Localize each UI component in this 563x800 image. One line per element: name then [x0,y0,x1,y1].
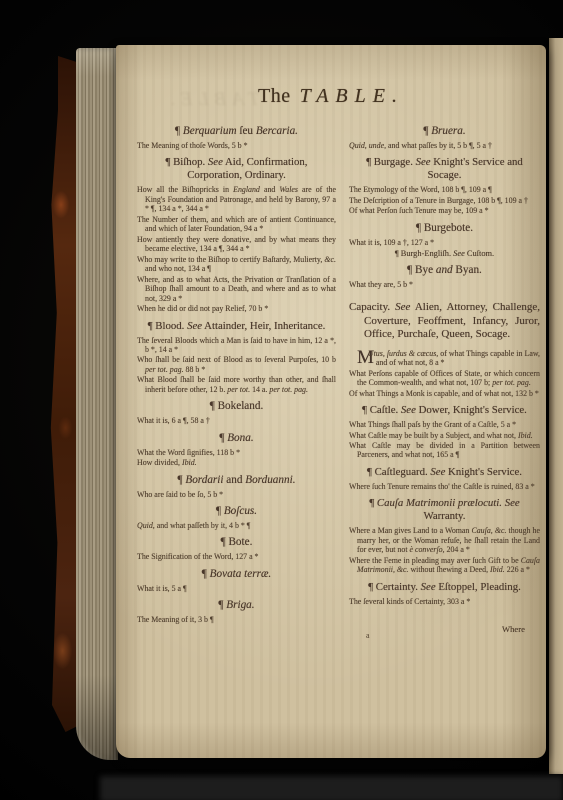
index-section-heading: ¶ Bye and Byan. [349,264,540,277]
index-section-heading: ¶ Burgebote. [349,222,540,235]
index-text: Cauſa, &c. [471,526,506,535]
index-reference-line: The ſeveral kinds of Certainty, 303 a * [349,597,540,606]
index-text: ¶ [423,125,431,137]
index-section-heading: ¶ Bovata terræ. [137,568,336,581]
index-reference-line: Of what Perſon ſuch Tenure may be, 109 a… [349,206,540,215]
index-reference-line: Of what Things a Monk is capable, and of… [349,389,540,398]
index-reference-line: Who ſhall be ſaid next of Blood as to ſe… [137,355,336,374]
index-text: What Caſtle may be built by a Subject, a… [349,431,518,440]
index-text: See [430,466,445,478]
index-cross-reference: ¶ Cauſa Matrimonii prælocuti. See Warran… [355,497,534,523]
index-reference-line: The Etymology of the Word, 108 b ¶, 109 … [349,185,540,194]
index-text: The Meaning of it, 3 b ¶ [137,615,214,624]
index-reference-line: Quid, and what paſſeth by it, 4 b * ¶ [137,521,336,530]
index-text: 204 a * [445,545,470,554]
index-text: Where the Feme in pleading may aver ſuch… [349,556,521,565]
index-reference-line: Quid, unde, and what paſſes by it, 5 b ¶… [349,141,540,150]
index-text: What it is, 6 a ¶, 58 a † [137,416,210,425]
facing-page-edge [549,38,563,774]
index-text: Eſtoppel, Pleading. [436,581,521,593]
index-text: What it is, 5 a ¶ [137,584,187,593]
index-column-right: ¶ Bruera.Quid, unde, and what paſſes by … [349,119,540,625]
index-text: What Caſtle may be divided in a Partitio… [349,441,540,459]
index-text: Bona. [227,432,253,444]
running-title-word: TABLE. [300,85,404,107]
index-reference-line: The Signification of the Word, 127 a * [137,552,336,561]
index-reference-line: What it is, 5 a ¶ [137,584,336,593]
index-reference-line: What Perſons capable of Offices of State… [349,369,540,388]
index-text: Boſcus. [224,505,257,517]
index-text: How antiently they were donative, and by… [137,235,336,253]
index-text: See [505,497,520,509]
index-text: See [416,156,431,168]
index-text: 14 a. [250,385,269,394]
index-section-heading: ¶ Briga. [137,599,336,612]
index-text: The Etymology of the Word, 108 b ¶, 109 … [349,185,492,194]
index-text: ¶ Bote. [221,536,253,548]
index-text: Dower, Knight's Service. [416,404,527,416]
index-text: What they are, 5 b * [349,280,413,289]
index-text: See [208,156,223,168]
book-page: TABLE. TheTABLE. ¶ Berquarium ſeu Bercar… [116,45,546,758]
index-reference-line: What the Word ſignifies, 118 b * [137,448,336,457]
index-reference-line: How divided, Ibid. [137,458,336,467]
index-text: The Deſcription of a Tenure in Burgage, … [349,196,528,205]
index-text: Cauſa Matrimonii prælocuti. [377,497,502,509]
index-text: Of what Perſon ſuch Tenure may be, 109 a… [349,206,489,215]
index-cross-reference: ¶ Caſtleguard. See Knight's Service. [355,466,534,479]
index-text: Bovata terræ. [210,568,272,580]
index-reference-line: What Things ſhall paſs by the Grant of a… [349,420,540,429]
index-text: per tot. [227,385,250,394]
index-reference-line: Where the Feme in pleading may aver ſuch… [349,556,540,575]
index-text: and [436,264,453,276]
index-reference-line: Where a Man gives Land to a Woman Cauſa,… [349,526,540,554]
index-reference-line: What they are, 5 b * [349,280,540,289]
index-text: ¶ Burgage. [366,156,415,168]
index-text: ¶ [369,497,377,509]
index-text: and who not, 134 a ¶ [145,264,211,273]
index-text: The ſeveral Bloods which a Man is ſaid t… [137,336,336,354]
index-section-heading: ¶ Bruera. [349,125,540,138]
index-reference-line: How all the Biſhopricks in England and W… [137,185,336,213]
catchword: Where [502,624,525,634]
index-text: ¶ Caſtleguard. [367,466,430,478]
index-text: ¶ Bye [407,264,436,276]
index-reference-line: The Number of them, and which are of ant… [137,215,336,234]
index-reference-line: What it is, 109 a †, 127 a * [349,238,540,247]
index-text: Bruera. [431,125,466,137]
index-column-left: ¶ Berquarium ſeu Bercaria.The Meaning of… [137,119,336,625]
index-text: Bercaria. [256,125,298,137]
index-text: Ibid. [490,565,505,574]
index-text: ¶ [202,568,210,580]
index-text: and [224,474,246,486]
index-text: Knight's Service and Socage. [428,156,523,181]
index-text: 226 a * [505,565,530,574]
index-text: The Number of them, and which are of ant… [137,215,336,233]
index-cross-reference: ¶ Caſtle. See Dower, Knight's Service. [355,404,534,417]
index-reference-line: What Caſtle may be divided in a Partitio… [349,441,540,460]
index-text: Ibid. [182,458,197,467]
index-reference-line: The Meaning of thoſe Words, 5 b * [137,141,336,150]
index-text: When he did or did not pay Relief, 70 b … [137,304,268,313]
index-reference-line: Where ſuch Tenure remains tho' the Caſtl… [349,482,540,491]
index-text: Byan. [453,264,482,276]
index-text: How divided, [137,458,182,467]
running-title-prefix: The [258,85,291,107]
book-photo-scene: TABLE. TheTABLE. ¶ Berquarium ſeu Bercar… [0,0,563,800]
index-text: per tot. pag. [145,365,184,374]
index-text: ¶ [216,505,224,517]
index-reference-line: The Deſcription of a Tenure in Burgage, … [349,196,540,205]
index-text: See [453,249,465,258]
index-reference-line: ¶ Burgh-Engliſh. See Cuſtom. [349,249,540,258]
index-text: ¶ Burgebote. [416,222,473,234]
index-text: and what paſſes by it, 5 b ¶, 5 a † [386,141,492,150]
index-text: What it is, 109 a †, 127 a * [349,238,434,247]
index-text: ¶ Biſhop. [166,156,208,168]
index-section-heading: ¶ Bokeland. [137,400,336,413]
index-text: The Meaning of thoſe Words, 5 b * [137,141,248,150]
index-text: Berquarium [183,125,237,137]
table-shadow [100,776,563,800]
index-text: 88 b * [184,365,206,374]
index-reference-line: What Blood ſhall be ſaid more worthy tha… [137,375,336,394]
signature-mark: a [366,631,370,640]
index-reference-line: The Meaning of it, 3 b ¶ [137,615,336,624]
index-text: Where a Man gives Land to a Woman [349,526,471,535]
index-reference-line: How antiently they were donative, and by… [137,235,336,254]
index-reference-line: What Caſtle may be built by a Subject, a… [349,431,540,440]
index-text: ¶ Bokeland. [210,400,264,412]
index-text: per tot. pag. [492,378,531,387]
index-text: &c. [324,255,336,264]
index-text: Quid, [137,521,155,530]
index-text: Of what Things a Monk is capable, and of… [349,389,539,398]
index-reference-line: Where, and as to what Acts, the Privatio… [137,275,336,303]
index-cross-reference: ¶ Certainty. See Eſtoppel, Pleading. [355,581,534,594]
index-reference-line: The ſeveral Bloods which a Man is ſaid t… [137,336,336,355]
index-reference-line: What it is, 6 a ¶, 58 a † [137,416,336,425]
index-text: See [401,404,416,416]
index-text: Who are ſaid to be ſo, 5 b * [137,490,223,499]
index-text: England [233,185,260,194]
index-text: Where, and as to what Acts, the Privatio… [137,275,336,303]
index-text: The ſeveral kinds of Certainty, 303 a * [349,597,470,606]
index-text: Who ſhall be ſaid next of Blood as to ſe… [137,355,336,364]
page-edge-stack [76,48,118,760]
running-title: TheTABLE. [116,85,546,108]
index-section-heading: ¶ Boſcus. [137,505,336,518]
index-text: Attainder, Heir, Inheritance. [202,320,325,332]
index-text: What Things ſhall paſs by the Grant of a… [349,420,516,429]
index-cross-reference: ¶ Biſhop. See Aid, Confirmation, Corpora… [143,156,330,182]
index-text: Knight's Service. [445,466,522,478]
index-text: and what paſſeth by it, 4 b * ¶ [155,521,251,530]
index-text: ¶ Caſtle. [362,404,401,416]
index-text: See [187,320,202,332]
index-reference-line: Who may write to the Biſhop to certify B… [137,255,336,274]
index-text: How all the Biſhopricks in [137,185,233,194]
index-text: Utus, ſurdus & cæcus, [368,349,438,358]
index-cross-reference: ¶ Blood. See Attainder, Heir, Inheritanc… [143,320,330,333]
index-text: and [260,185,280,194]
index-text: Briga. [226,599,254,611]
index-letter-heading: Capacity. See Alien, Attorney, Challenge… [349,301,540,341]
index-text: Bordarii [185,474,223,486]
index-cross-reference: ¶ Burgage. See Knight's Service and Soca… [355,156,534,182]
index-text: Borduanni. [245,474,295,486]
index-text: See [421,581,436,593]
book-spine [49,56,79,732]
index-text: Quid, unde, [349,141,386,150]
index-text: Warranty. [424,510,466,522]
index-text: Wales [279,185,298,194]
index-text: Where ſuch Tenure remains tho' the Caſtl… [349,482,535,491]
index-text: Capacity. [349,301,395,313]
index-text: Cuſtom. [465,249,494,258]
index-text: The Signification of the Word, 127 a * [137,552,259,561]
index-section-heading: ¶ Bona. [137,432,336,445]
index-text: See [395,301,410,313]
index-reference-line: Who are ſaid to be ſo, 5 b * [137,490,336,499]
index-text: ¶ [175,125,183,137]
index-text: What the Word ſignifies, 118 b * [137,448,240,457]
index-section-heading: ¶ Bote. [137,536,336,549]
index-columns: ¶ Berquarium ſeu Bercaria.The Meaning of… [137,119,540,625]
index-text: without ſhewing a Deed, [409,565,491,574]
index-text: ſeu [237,125,256,137]
index-text: ¶ Blood. [148,320,187,332]
index-text: ¶ Certainty. [368,581,420,593]
index-section-heading: ¶ Bordarii and Borduanni. [137,474,336,487]
index-section-heading: ¶ Berquarium ſeu Bercaria. [137,125,336,138]
index-reference-line: MUtus, ſurdus & cæcus, of what Things ca… [349,349,540,368]
index-reference-line: When he did or did not pay Relief, 70 b … [137,304,336,313]
index-text: è converſo, [410,545,445,554]
index-text: ¶ Burgh-Engliſh. [395,249,453,258]
index-text: Ibid. [518,431,533,440]
index-text: per tot. pag. [269,385,308,394]
index-text: Who may write to the Biſhop to certify B… [137,255,324,264]
